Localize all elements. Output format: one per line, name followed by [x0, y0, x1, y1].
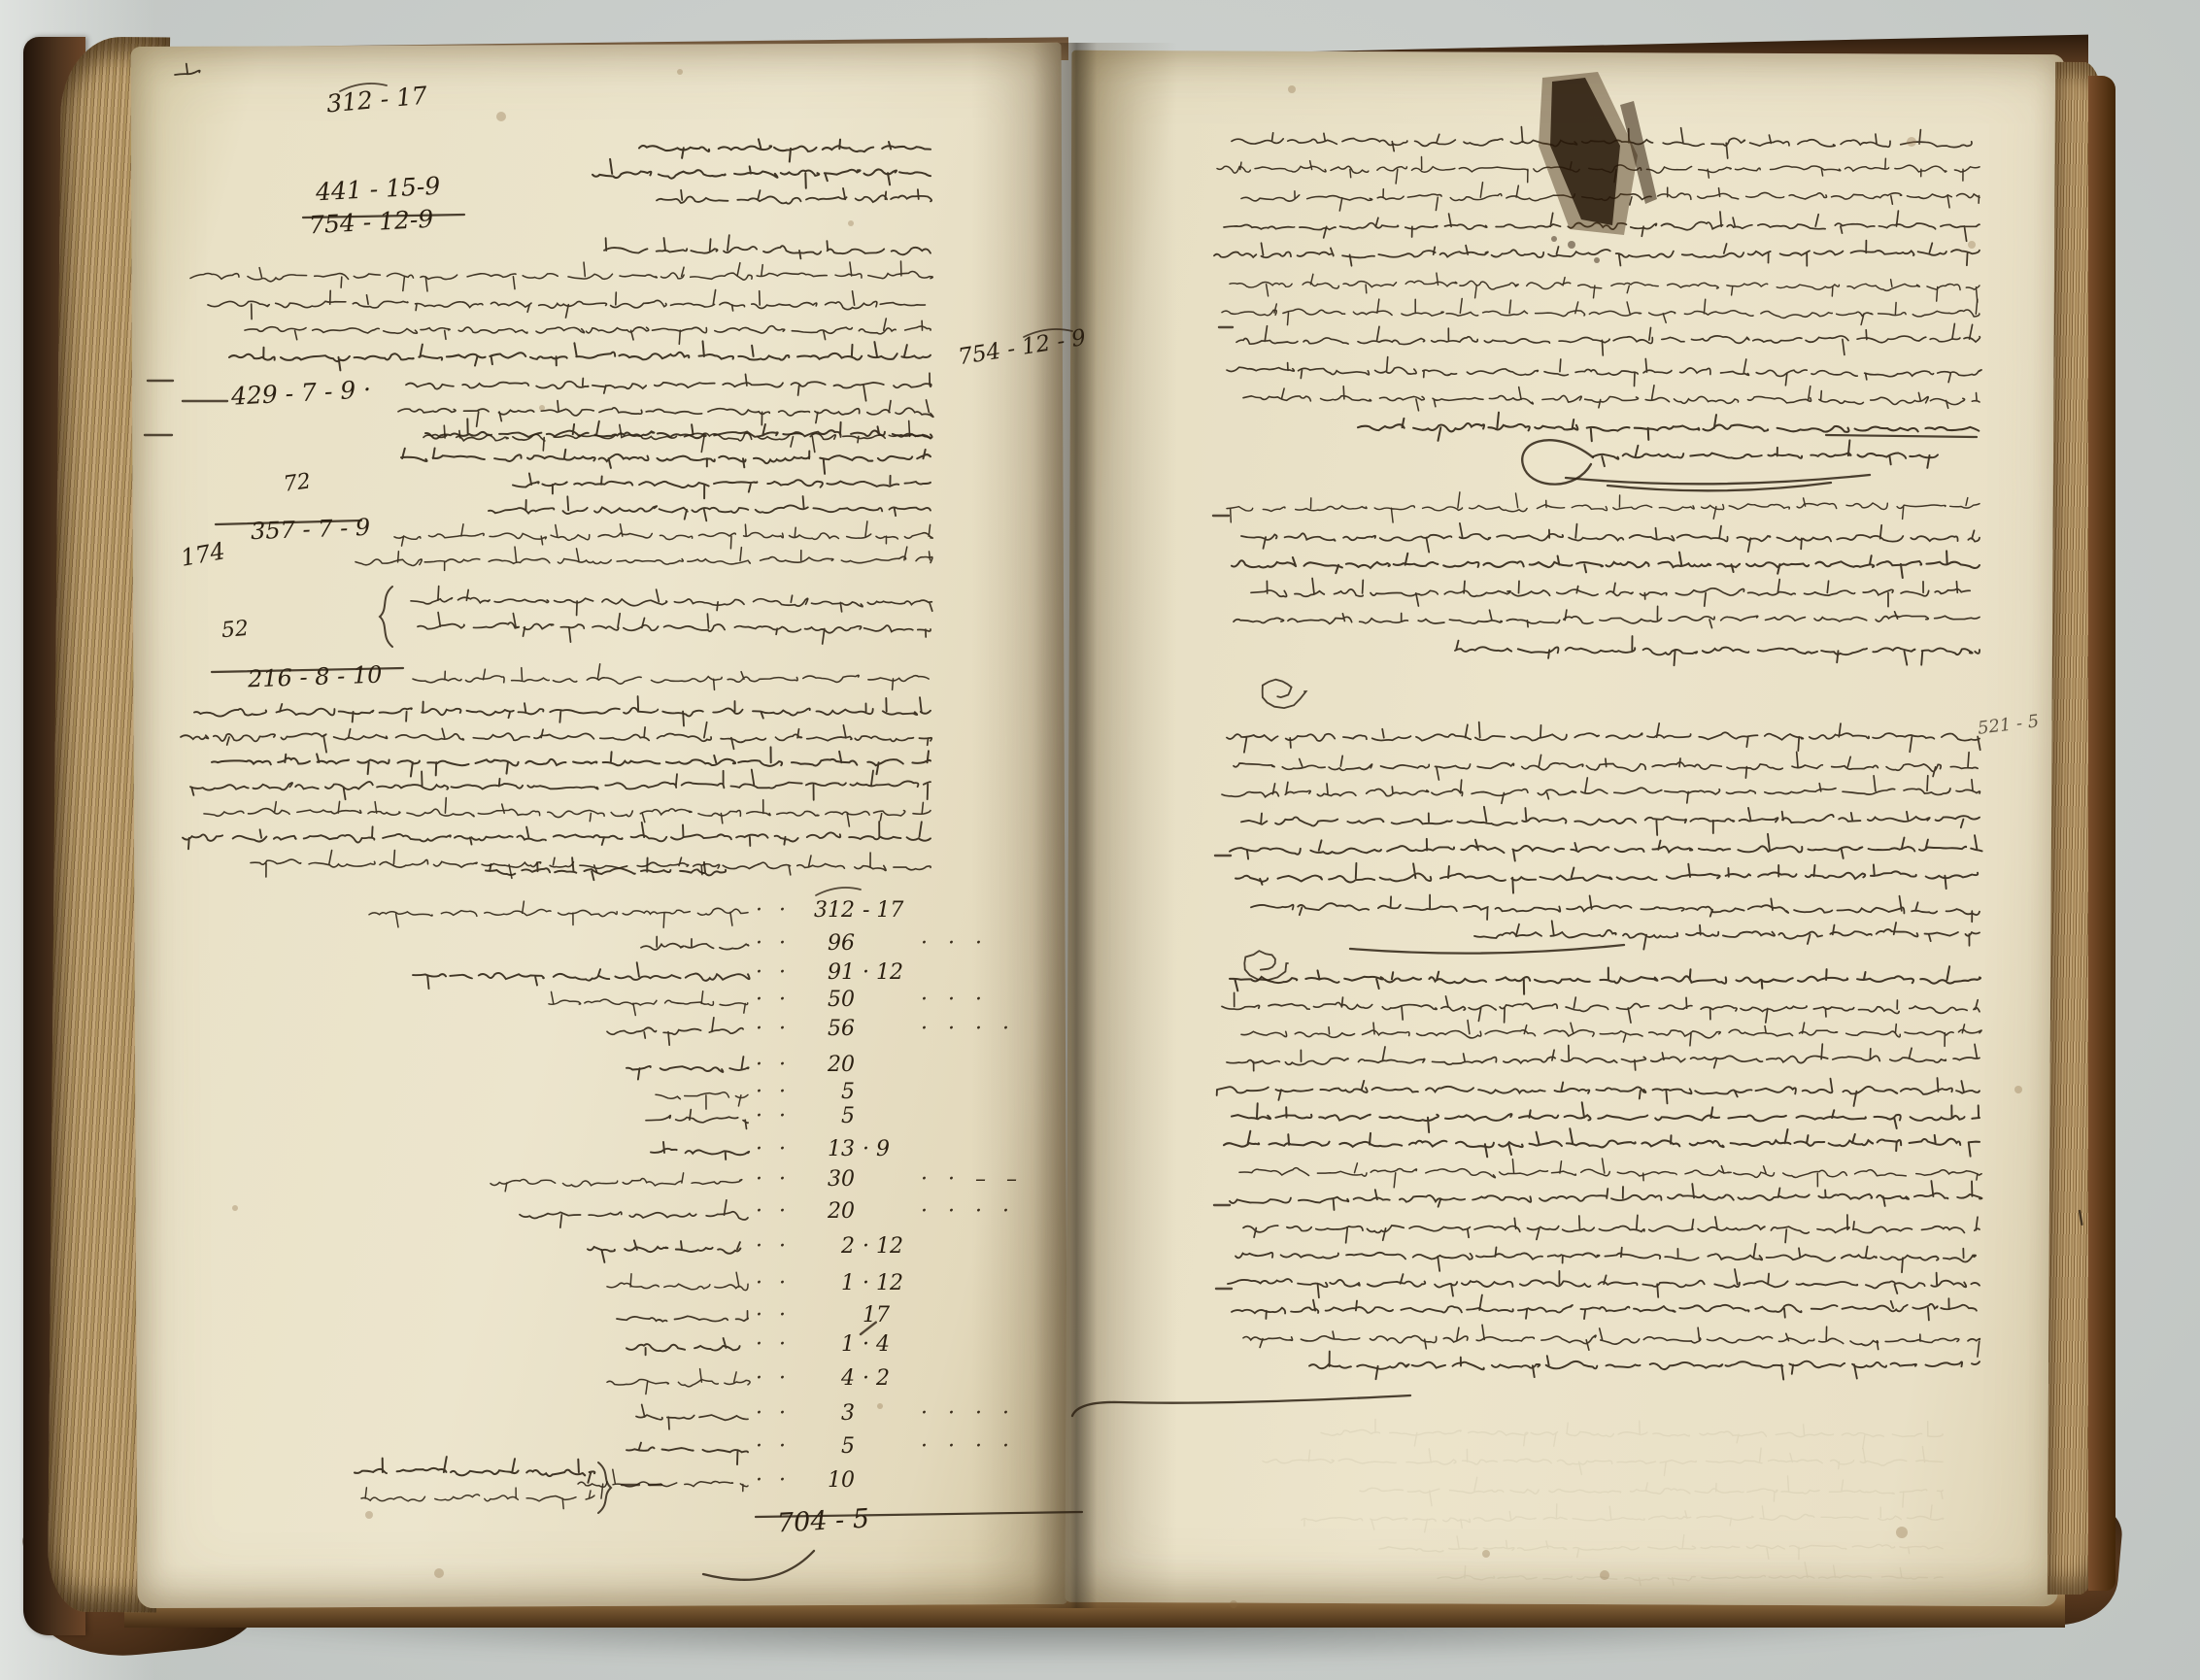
ledger-amount: 4 — [795, 1368, 855, 1390]
ledger-amount: 10 — [795, 1470, 855, 1492]
ledger-amount: · · — [754, 1436, 793, 1458]
ledger-amount: 13 — [795, 1139, 855, 1160]
ledger-amount: · · – – — [921, 1169, 1047, 1191]
sum-754-12-9: 754 - 12-9 — [308, 207, 433, 238]
ledger-amount: 91 — [795, 962, 855, 984]
ledger-amount: · · — [754, 1273, 793, 1294]
ledger-amount: · 9 — [863, 1139, 940, 1160]
ledger-amount: · · · · — [921, 1436, 1047, 1458]
ledger-amount: 5 — [795, 1106, 855, 1127]
ledger-amount: 30 — [795, 1169, 855, 1191]
sum-216-8-10: 216 - 8 - 10 — [248, 662, 383, 690]
ledger-amount: - 17 — [863, 900, 940, 922]
ledger-amount: 3 — [795, 1403, 855, 1425]
ledger-amount: · 4 — [863, 1334, 940, 1356]
ledger-amount: · · · — [921, 990, 1047, 1011]
ledger-amount: 5 — [795, 1082, 855, 1103]
ledger-amount: 5 — [795, 1436, 855, 1458]
ledger-total: 704 - 5 — [776, 1506, 869, 1537]
margin-521-5: 521 - 5 — [1977, 713, 2040, 738]
ledger-amount: · · — [754, 900, 793, 922]
ledger-amount: 17 — [863, 1305, 940, 1327]
ledger-amount: 312 — [795, 900, 855, 922]
ledger-amount: 96 — [795, 933, 855, 955]
ledger-amount: · · — [754, 933, 793, 955]
ledger-amount: 1 — [795, 1334, 855, 1356]
ledger-amount: · · — [754, 1470, 793, 1492]
num-52: 52 — [220, 619, 250, 642]
ledger-amount: 20 — [795, 1201, 855, 1223]
gutter-754-12-9: 754 - 12 - 9 — [957, 327, 1088, 369]
sum-357-7-9: 357 - 7 - 9 — [251, 516, 371, 543]
ledger-amount: · · · · — [921, 1403, 1047, 1425]
ledger-amount: · · — [754, 962, 793, 984]
ledger-amount: · · — [754, 1055, 793, 1076]
ledger-amount: · · — [754, 1403, 793, 1425]
ledger-amount: · 12 — [863, 1236, 940, 1258]
ledger-amount: · · — [754, 1019, 793, 1040]
ledger-amount: · · — [754, 1169, 793, 1191]
ledger-amount: 56 — [795, 1019, 855, 1040]
numeric-annotations-layer: 312 - 17441 - 15-9754 - 12-9429 - 7 - 9 … — [0, 0, 2200, 1680]
ledger-amount: · · — [754, 1082, 793, 1103]
ledger-amount: · · — [754, 1236, 793, 1258]
ledger-amount: · · · · — [921, 1201, 1047, 1223]
ledger-amount: · · — [754, 990, 793, 1011]
ledger-amount: · · — [754, 1305, 793, 1327]
ledger-amount: 1 — [795, 1273, 855, 1294]
sum-441-15-9: 441 - 15-9 — [315, 174, 440, 205]
sum-312-17: 312 - 17 — [325, 84, 428, 117]
ledger-amount: · · · · — [921, 1019, 1047, 1040]
ledger-amount: · 12 — [863, 1273, 940, 1294]
num-174: 174 — [179, 539, 226, 570]
ledger-amount: 2 — [795, 1236, 855, 1258]
ledger-amount: · 2 — [863, 1368, 940, 1390]
ledger-amount: · · — [754, 1106, 793, 1127]
ledger-amount: · · — [754, 1139, 793, 1160]
ledger-amount: · · · — [921, 933, 1047, 955]
ledger-amount: 20 — [795, 1055, 855, 1076]
ledger-amount: · · — [754, 1334, 793, 1356]
sum-429-7-9: 429 - 7 - 9 · — [230, 377, 371, 409]
manuscript-photo: 312 - 17441 - 15-9754 - 12-9429 - 7 - 9 … — [0, 0, 2200, 1680]
ledger-amount: · · — [754, 1368, 793, 1390]
ledger-amount: 50 — [795, 990, 855, 1011]
ledger-amount: · · — [754, 1201, 793, 1223]
num-72: 72 — [283, 471, 313, 496]
ledger-amount: · 12 — [863, 962, 940, 984]
